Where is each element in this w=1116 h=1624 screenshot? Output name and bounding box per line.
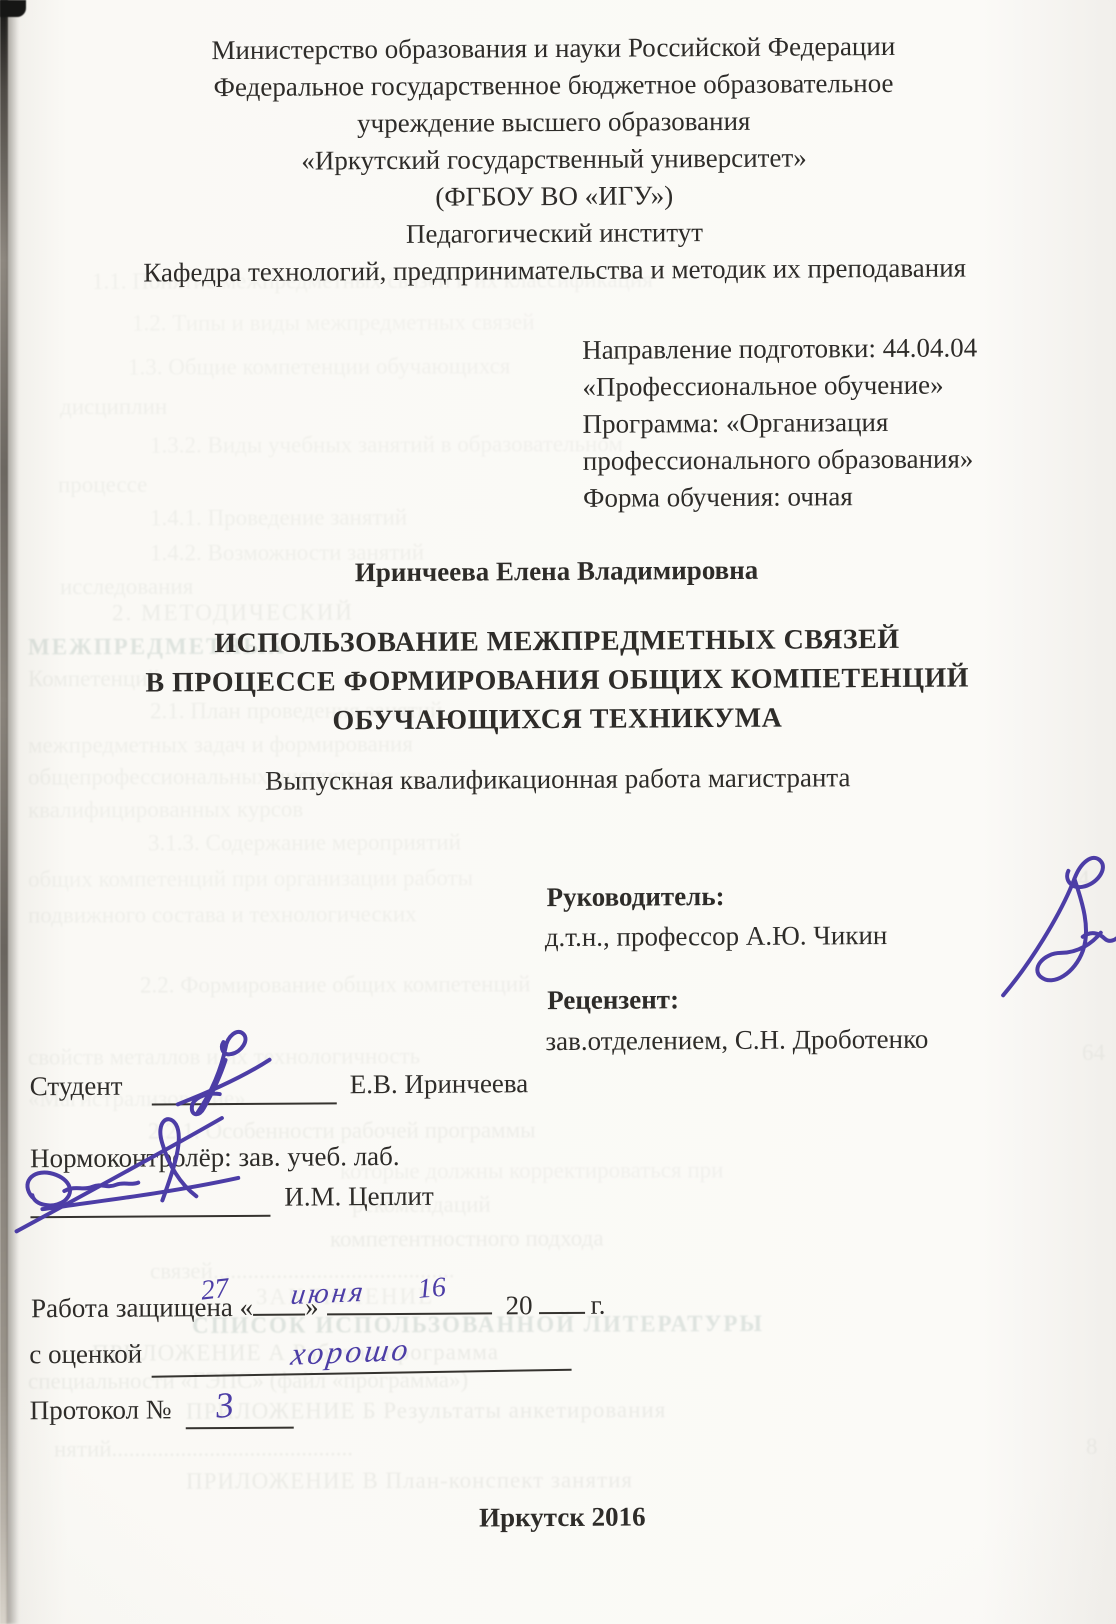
supervisor-name: д.т.н., профессор А.Ю. Чикин (545, 920, 888, 953)
handwritten-day: 27 (199, 1273, 230, 1308)
handwritten-grade: хорошо (289, 1331, 413, 1373)
program-line: Направление подготовки: 44.04.04 (582, 329, 977, 368)
supervisor-signature (982, 845, 1116, 1006)
program-line: Форма обучения: очная (583, 477, 978, 516)
thesis-title-line: ИСПОЛЬЗОВАНИЕ МЕЖПРЕДМЕТНЫХ СВЯЗЕЙ (0, 619, 1115, 665)
norm-controller-signature (12, 1104, 263, 1236)
reviewer-label: Рецензент: (547, 984, 679, 1016)
thesis-title-line: В ПРОЦЕССЕ ФОРМИРОВАНИЯ ОБЩИХ КОМПЕТЕНЦИ… (0, 658, 1115, 704)
protocol-line (186, 1394, 294, 1430)
scanned-thesis-title-page: 1.1. Понятие межпредметных связей и их к… (0, 0, 1116, 1624)
grade-label: с оценкой (29, 1339, 142, 1371)
thesis-title: ИСПОЛЬЗОВАНИЕ МЕЖПРЕДМЕТНЫХ СВЯЗЕЙ В ПРО… (0, 619, 1116, 743)
author-name: Иринчеева Елена Владимировна (0, 553, 1115, 591)
handwritten-month: июня (289, 1276, 368, 1312)
handwritten-protocol-number: 3 (214, 1383, 236, 1426)
defense-suffix: г. (591, 1290, 606, 1320)
work-type-subtitle: Выпускная квалификационная работа магист… (0, 761, 1116, 799)
thesis-title-line: ОБУЧАЮЩИХСЯ ТЕХНИКУМА (0, 697, 1116, 743)
defense-year-prefix: 20 (506, 1290, 533, 1320)
norm-controller-name: И.М. Цеплит (284, 1181, 434, 1213)
program-line: профессионального образования» (583, 440, 978, 479)
handwritten-year: 16 (417, 1272, 447, 1306)
student-name: Е.В. Иринчеева (350, 1068, 529, 1100)
program-line: Программа: «Организация (583, 403, 978, 442)
program-line: «Профессиональное обучение» (582, 366, 977, 405)
institution-line: Кафедра технологий, предпринимательства … (0, 249, 1113, 293)
defense-year-line (538, 1282, 584, 1314)
student-label: Студент (30, 1071, 123, 1103)
program-block: Направление подготовки: 44.04.04 «Профес… (582, 329, 978, 516)
protocol-label: Протокол № (30, 1394, 172, 1426)
supervisor-label: Руководитель: (546, 881, 724, 913)
institution-header: Министерство образования и науки Российс… (0, 27, 1113, 293)
city-year: Иркутск 2016 (4, 1499, 1116, 1537)
reviewer-name: зав.отделением, С.Н. Дроботенко (545, 1024, 928, 1057)
